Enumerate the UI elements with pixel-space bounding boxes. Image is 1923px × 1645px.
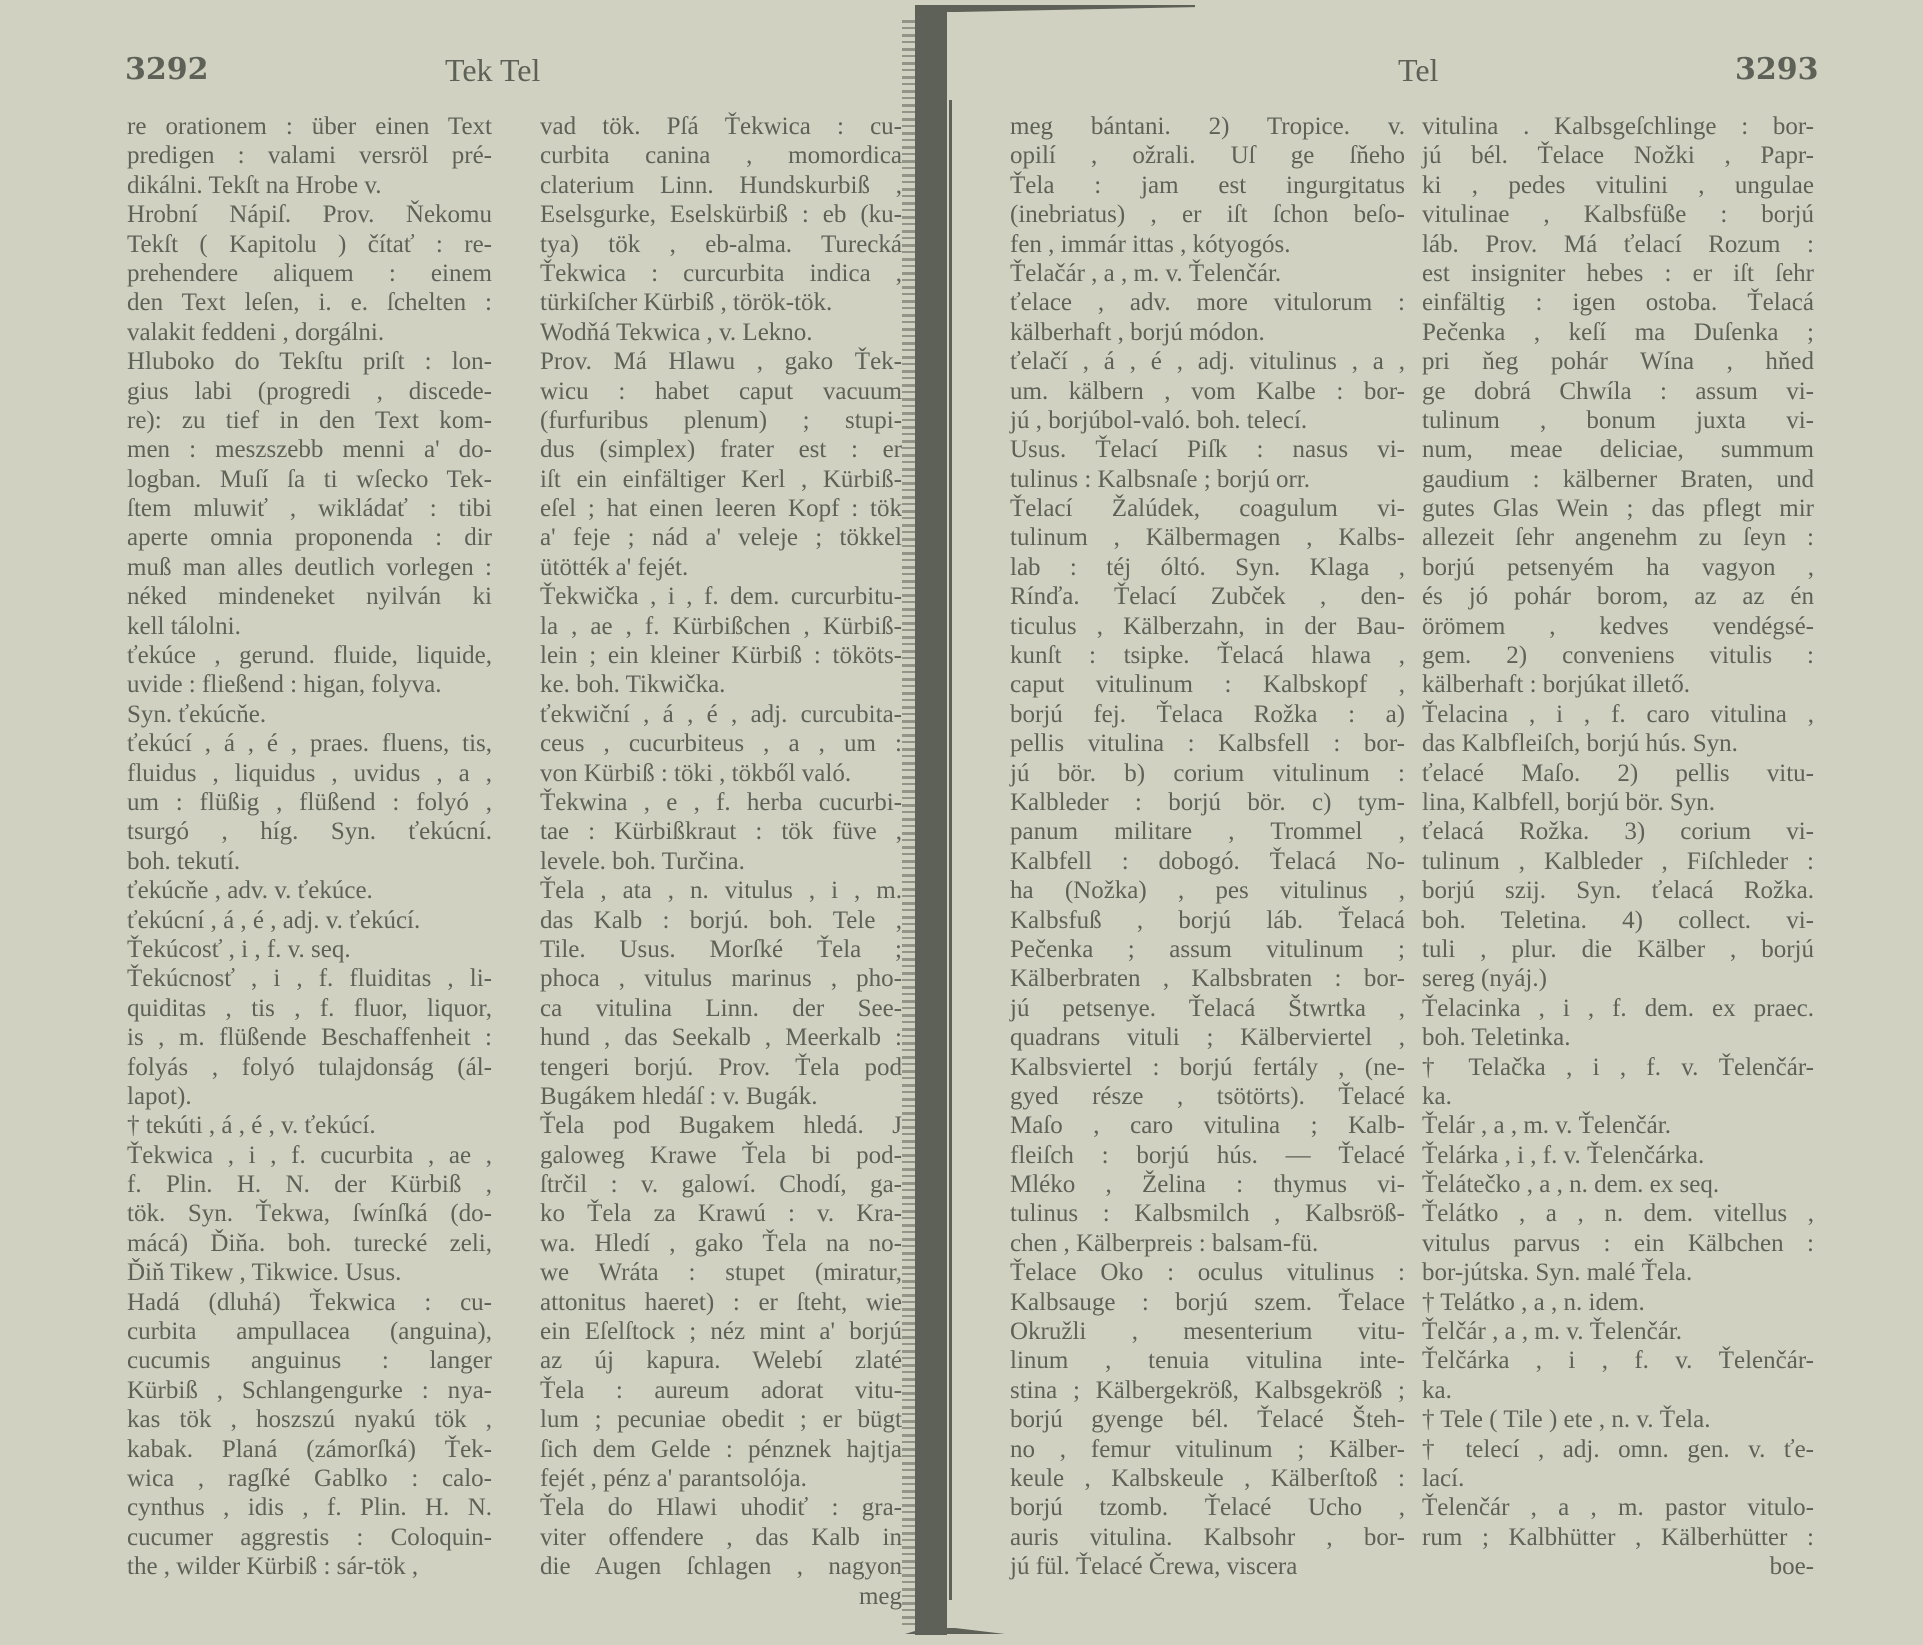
text-line: ko Ťela za Krawú : v. Kra- [540, 1199, 902, 1228]
text-line: Kürbiß , Schlangengurke : nya- [127, 1376, 492, 1405]
left-column-2: vad tök. Pſá Ťekwica : cu-curbita canina… [540, 112, 902, 1611]
text-line: tengeri borjú. Prov. Ťela pod [540, 1053, 902, 1082]
text-line: Maſo , caro vitulina ; Kalb- [1010, 1111, 1405, 1140]
text-line: gutes Glas Wein ; das pflegt mir [1422, 494, 1814, 523]
text-line: ťekwiční , á , é , adj. curcubita- [540, 700, 902, 729]
text-line: † Tele ( Tile ) ete , n. v. Ťela. [1422, 1405, 1814, 1434]
text-line: ťelace , adv. more vitulorum : [1010, 288, 1405, 317]
text-line: lein ; ein kleiner Kürbiß : tököts- [540, 641, 902, 670]
text-line: wica , ragſké Gablko : calo- [127, 1464, 492, 1493]
text-line: Ťelčár , a , m. v. Ťelenčár. [1422, 1317, 1814, 1346]
text-line: is , m. flüßende Beschaffenheit : [127, 1023, 492, 1052]
text-line: pri ňeg pohár Wína , hňed [1422, 347, 1814, 376]
text-line: a' feje ; nád a' veleje ; tökkel [540, 523, 902, 552]
text-line: néked mindeneket nyilván ki [127, 582, 492, 611]
text-line: iſt ein einfältiger Kerl , Kürbiß- [540, 465, 902, 494]
text-line: rum ; Kalbhütter , Kälberhütter : [1422, 1523, 1814, 1552]
text-line: türkiſcher Kürbiß , török-tök. [540, 288, 902, 317]
text-line: est insigniter hebes : er iſt ſehr [1422, 259, 1814, 288]
text-line: láb. Prov. Má ťelací Rozum : [1422, 230, 1814, 259]
text-line: boh. Teletinka. [1422, 1023, 1814, 1052]
text-line: no , femur vitulinum ; Kälber- [1010, 1435, 1405, 1464]
text-line: attonitus haeret) : er ſteht, wie [540, 1288, 902, 1317]
text-line: Rínďa. Ťelací Zubček , den- [1010, 582, 1405, 611]
text-line: ſich dem Gelde : pénznek hajtja [540, 1435, 902, 1464]
text-line: Kalbsfuß , borjú láb. Ťelacá [1010, 906, 1405, 935]
text-line: Bugákem hledáſ : v. Bugák. [540, 1082, 902, 1111]
text-line: kälberhaft : borjúkat illető. [1422, 670, 1814, 699]
text-line: ceus , cucurbiteus , a , um : [540, 729, 902, 758]
text-line: eſel ; hat einen leeren Kopf : tök [540, 494, 902, 523]
text-line: † telecí , adj. omn. gen. v. ťe- [1422, 1435, 1814, 1464]
text-line: Mléko , Želina : thymus vi- [1010, 1170, 1405, 1199]
text-line: tulinum , Kälbermagen , Kalbs- [1010, 523, 1405, 552]
text-line: phoca , vitulus marinus , pho- [540, 964, 902, 993]
text-line: opilí , ožrali. Uſ ge ſňeho [1010, 141, 1405, 170]
text-line: Pečenka , keſí ma Duſenka ; [1422, 318, 1814, 347]
text-line: Ďiň Tikew , Tikwice. Usus. [127, 1258, 492, 1287]
text-line: Ťelátko , a , n. dem. vitellus , [1422, 1199, 1814, 1228]
text-line: Hadá (dluhá) Ťekwica : cu- [127, 1288, 492, 1317]
text-line: mácá) Ďiňa. boh. turecké zeli, [127, 1229, 492, 1258]
text-line: ťekúcní , á , é , adj. v. ťekúcí. [127, 906, 492, 935]
text-line: tulinum , Kalbleder , Fiſchleder : [1422, 847, 1814, 876]
text-line: boh. Teletina. 4) collect. vi- [1422, 906, 1814, 935]
left-column-1: re orationem : über einen Textpredigen :… [127, 112, 492, 1582]
text-line: (inebriatus) , er iſt ſchon beſo- [1010, 200, 1405, 229]
text-line: ticulus , Kälberzahn, in der Bau- [1010, 612, 1405, 641]
text-line: tök. Syn. Ťekwa, ſwínſká (do- [127, 1199, 492, 1228]
text-line: curbita canina , momordica [540, 141, 902, 170]
text-line: allezeit ſehr angenehm zu ſeyn : [1422, 523, 1814, 552]
text-line: dikálni. Tekſt na Hrobe v. [127, 171, 492, 200]
text-line: Ťelacinka , i , f. dem. ex praec. [1422, 994, 1814, 1023]
text-line: gaudium : kälberner Braten, und [1422, 465, 1814, 494]
text-line: jú , borjúbol-való. boh. telecí. [1010, 406, 1405, 435]
text-line: Kalbleder : borjú bör. c) tym- [1010, 788, 1405, 817]
text-line: † tekúti , á , é , v. ťekúcí. [127, 1111, 492, 1140]
text-line: fen , immár ittas , kótyogós. [1010, 230, 1405, 259]
text-line: la , ae , f. Kürbißchen , Kürbiß- [540, 612, 902, 641]
text-line: re orationem : über einen Text [127, 112, 492, 141]
text-line: Ťelací Žalúdek, coagulum vi- [1010, 494, 1405, 523]
text-line: borjú tzomb. Ťelacé Ucho , [1010, 1493, 1405, 1522]
text-line: és jó pohár borom, az az én [1422, 582, 1814, 611]
text-line: ütötték a' fejét. [540, 553, 902, 582]
text-line: Kalbsviertel : borjú fertály , (ne- [1010, 1053, 1405, 1082]
text-line: kabak. Planá (zámorſká) Ťek- [127, 1435, 492, 1464]
text-line: örömem , kedves vendégsé- [1422, 612, 1814, 641]
text-line: ſtem mluwiť , wikládať : tibi [127, 494, 492, 523]
text-line: kell tálolni. [127, 612, 492, 641]
text-line: Ťela : aureum adorat vitu- [540, 1376, 902, 1405]
text-line: das Kalbfleiſch, borjú hús. Syn. [1422, 729, 1814, 758]
gutter-line [949, 100, 952, 1600]
text-line: f. Plin. H. N. der Kürbiß , [127, 1170, 492, 1199]
text-line: vitulus parvus : ein Kälbchen : [1422, 1229, 1814, 1258]
text-line: boh. tekutí. [127, 847, 492, 876]
text-line: borjú petsenyém ha vagyon , [1422, 553, 1814, 582]
text-line: stina ; Kälbergekröß, Kalbsgekröß ; [1010, 1376, 1405, 1405]
text-line: cucumis anguinus : langer [127, 1346, 492, 1375]
text-line: vitulinae , Kalbsfüße : borjú [1422, 200, 1814, 229]
text-line: gius labi (progredi , discede- [127, 377, 492, 406]
text-line: ka. [1422, 1082, 1814, 1111]
right-column-2: vitulina . Kalbsgeſchlinge : bor-jú bél.… [1422, 112, 1814, 1582]
text-line: einfältig : igen ostoba. Ťelacá [1422, 288, 1814, 317]
text-line: muß man alles deutlich vorlegen : [127, 553, 492, 582]
text-line: ki , pedes vitulini , ungulae [1422, 171, 1814, 200]
text-line: vad tök. Pſá Ťekwica : cu- [540, 112, 902, 141]
text-line: tya) tök , eb-alma. Turecká [540, 230, 902, 259]
text-line: Ťekúcosť , i , f. v. seq. [127, 935, 492, 964]
text-line: fleiſch : borjú hús. — Ťelacé [1010, 1141, 1405, 1170]
text-line: ťelacé Maſo. 2) pellis vitu- [1422, 759, 1814, 788]
text-line: Ťekúcnosť , i , f. fluiditas , li- [127, 964, 492, 993]
text-line: predigen : valami versröl pré- [127, 141, 492, 170]
text-line: Ťela , ata , n. vitulus , i , m. [540, 876, 902, 905]
text-line: ťekúcňe , adv. v. ťekúce. [127, 876, 492, 905]
text-line: tulinus : Kalbsnaſe ; borjú orr. [1010, 465, 1405, 494]
left-page-number: 3292 [125, 52, 209, 87]
text-line: prehendere aliquem : einem [127, 259, 492, 288]
text-line: caput vitulinum : Kalbskopf , [1010, 670, 1405, 699]
text-line: lina, Kalbfell, borjú bör. Syn. [1422, 788, 1814, 817]
text-line: Ťela pod Bugakem hledá. J [540, 1111, 902, 1140]
text-line: tae : Kürbißkraut : tök füve , [540, 817, 902, 846]
text-line: ťekúce , gerund. fluide, liquide, [127, 641, 492, 670]
text-line: claterium Linn. Hundskurbiß , [540, 171, 902, 200]
text-line: logban. Muſí ſa ti wſecko Tek- [127, 465, 492, 494]
text-line: lum ; pecuniae obedit ; er bügt [540, 1405, 902, 1434]
text-line: Hrobní Nápiſ. Prov. Ňekomu [127, 200, 492, 229]
text-line: wicu : habet caput vacuum [540, 377, 902, 406]
text-line: gyed része , tsötörts). Ťelacé [1010, 1082, 1405, 1111]
text-line: Ťelár , a , m. v. Ťelenčár. [1422, 1111, 1814, 1140]
text-line: ge dobrá Chwíla : assum vi- [1422, 377, 1814, 406]
text-line: Prov. Má Hlawu , gako Ťek- [540, 347, 902, 376]
text-line: Ťelacina , i , f. caro vitulina , [1422, 700, 1814, 729]
text-line: Ťelátečko , a , n. dem. ex seq. [1422, 1170, 1814, 1199]
text-line: auris vitulina. Kalbsohr , bor- [1010, 1523, 1405, 1552]
text-line: ka. [1422, 1376, 1814, 1405]
text-line: um. kälbern , vom Kalbe : bor- [1010, 377, 1405, 406]
text-line: dus (simplex) frater est : er [540, 435, 902, 464]
text-line: kas tök , hoszszú nyakú tök , [127, 1405, 492, 1434]
gutter-top-edge [915, 5, 1195, 12]
text-line: † Telačka , i , f. v. Ťelenčár- [1422, 1053, 1814, 1082]
text-line: fejét , pénz a' parantsolója. [540, 1464, 902, 1493]
text-line: Ťelčárka , i , f. v. Ťelenčár- [1422, 1346, 1814, 1375]
text-line: we Wráta : stupet (miratur, [540, 1258, 902, 1287]
text-line: Kalbsauge : borjú szem. Ťelace [1010, 1288, 1405, 1317]
text-line: Ťela do Hlawi uhodiť : gra- [540, 1493, 902, 1522]
text-line: num, meae deliciae, summum [1422, 435, 1814, 464]
text-line: Ťekwica , i , f. cucurbita , ae , [127, 1141, 492, 1170]
text-line: Ťelace Oko : oculus vitulinus : [1010, 1258, 1405, 1287]
text-line: Syn. ťekúcňe. [127, 700, 492, 729]
text-line: quiditas , tis , f. fluor, liquor, [127, 994, 492, 1023]
text-line: ſtrčil : v. galowí. Chodí, ga- [540, 1170, 902, 1199]
left-running-head: Tek Tel [445, 52, 540, 89]
text-line: levele. boh. Turčina. [540, 847, 902, 876]
text-line: men : meszszebb menni a' do- [127, 435, 492, 464]
text-line: Pečenka ; assum vitulinum ; [1010, 935, 1405, 964]
right-page-number: 3293 [1735, 52, 1819, 87]
text-line: Hluboko do Tekſtu priſt : lon- [127, 347, 492, 376]
text-line: Tekſt ( Kapitolu ) čítať : re- [127, 230, 492, 259]
text-line: Kälberbraten , Kalbsbraten : bor- [1010, 964, 1405, 993]
text-line: cynthus , idis , f. Plin. H. N. [127, 1493, 492, 1522]
text-line: Ťekwička , i , f. dem. curcurbitu- [540, 582, 902, 611]
text-line: † Telátko , a , n. idem. [1422, 1288, 1814, 1317]
gutter-shadow-edge [902, 20, 916, 1630]
text-line: Ťekwica : curcurbita indica , [540, 259, 902, 288]
right-running-head: Tel [1398, 52, 1438, 89]
text-line: Usus. Ťelací Piſk : nasus vi- [1010, 435, 1405, 464]
text-line: die Augen ſchlagen , nagyon [540, 1552, 902, 1581]
text-line: aperte omnia proponenda : dir [127, 523, 492, 552]
text-line: ein Eſelſtock ; néz mint a' borjú [540, 1317, 902, 1346]
text-line: valakit feddeni , dorgálni. [127, 318, 492, 347]
text-line: curbita ampullacea (anguina), [127, 1317, 492, 1346]
text-line: ťelacá Rožka. 3) corium vi- [1422, 817, 1814, 846]
text-line: kunſt : tsipke. Ťelacá hlawa , [1010, 641, 1405, 670]
text-line: Ťekwina , e , f. herba cucurbi- [540, 788, 902, 817]
text-line: borjú szij. Syn. ťelacá Rožka. [1422, 876, 1814, 905]
text-line: tulinus : Kalbsmilch , Kalbsröß- [1010, 1199, 1405, 1228]
text-line: Ťelačár , a , m. v. Ťelenčár. [1010, 259, 1405, 288]
text-line: panum militare , Trommel , [1010, 817, 1405, 846]
text-line: linum , tenuia vitulina inte- [1010, 1346, 1405, 1375]
text-line: boe- [1422, 1552, 1814, 1581]
text-line: ťekúcí , á , é , praes. fluens, tis, [127, 729, 492, 758]
text-line: jú fül. Ťelacé Črewa, viscera [1010, 1552, 1405, 1581]
text-line: sereg (nyáj.) [1422, 964, 1814, 993]
text-line: Eselsgurke, Eselskürbiß : eb (ku- [540, 200, 902, 229]
right-column-1: meg bántani. 2) Tropice. v.opilí , ožral… [1010, 112, 1405, 1582]
text-line: chen , Kälberpreis : balsam-fü. [1010, 1229, 1405, 1258]
text-line: galoweg Krawe Ťela bi pod- [540, 1141, 902, 1170]
text-line: ca vitulina Linn. der See- [540, 994, 902, 1023]
text-line: ťelačí , á , é , adj. vitulinus , a , [1010, 347, 1405, 376]
text-line: Ťela : jam est ingurgitatus [1010, 171, 1405, 200]
text-line: fluidus , liquidus , uvidus , a , [127, 759, 492, 788]
text-line: Ťelárka , i , f. v. Ťelenčárka. [1422, 1141, 1814, 1170]
text-line: den Text leſen, i. e. ſchelten : [127, 288, 492, 317]
text-line: (furfuribus plenum) ; stupi- [540, 406, 902, 435]
text-line: wa. Hledí , gako Ťela na no- [540, 1229, 902, 1258]
text-line: das Kalb : borjú. boh. Tele , [540, 906, 902, 935]
text-line: ke. boh. Tikwička. [540, 670, 902, 699]
text-line: Tile. Usus. Morſké Ťela ; [540, 935, 902, 964]
text-line: hund , das Seekalb , Meerkalb : [540, 1023, 902, 1052]
text-line: borjú fej. Ťelaca Rožka : a) [1010, 700, 1405, 729]
text-line: vitulina . Kalbsgeſchlinge : bor- [1422, 112, 1814, 141]
text-line: folyás , folyó tulajdonság (ál- [127, 1053, 492, 1082]
text-line: meg bántani. 2) Tropice. v. [1010, 112, 1405, 141]
gutter-shadow [915, 5, 947, 1635]
text-line: cucumer aggrestis : Coloquin- [127, 1523, 492, 1552]
text-line: az új kapura. Welebí zlaté [540, 1346, 902, 1375]
text-line: bor-jútska. Syn. malé Ťela. [1422, 1258, 1814, 1287]
text-line: quadrans vituli ; Kälberviertel , [1010, 1023, 1405, 1052]
text-line: viter offendere , das Kalb in [540, 1523, 902, 1552]
text-line: pellis vitulina : Kalbsfell : bor- [1010, 729, 1405, 758]
text-line: keule , Kalbskeule , Kälberſtoß : [1010, 1464, 1405, 1493]
text-line: borjú gyenge bél. Ťelacé Šteh- [1010, 1405, 1405, 1434]
text-line: Ťelenčár , a , m. pastor vitulo- [1422, 1493, 1814, 1522]
text-line: jú bör. b) corium vitulinum : [1010, 759, 1405, 788]
text-line: um : flüßig , flüßend : folyó , [127, 788, 492, 817]
text-line: meg [540, 1582, 902, 1611]
text-line: lací. [1422, 1464, 1814, 1493]
text-line: Wodňá Tekwica , v. Lekno. [540, 318, 902, 347]
text-line: lab : téj óltó. Syn. Klaga , [1010, 553, 1405, 582]
text-line: lapot). [127, 1082, 492, 1111]
text-line: gem. 2) conveniens vitulis : [1422, 641, 1814, 670]
text-line: jú petsenye. Ťelacá Štwrtka , [1010, 994, 1405, 1023]
text-line: jú bél. Ťelace Nožki , Papr- [1422, 141, 1814, 170]
text-line: tuli , plur. die Kälber , borjú [1422, 935, 1814, 964]
text-line: tulinum , bonum juxta vi- [1422, 406, 1814, 435]
text-line: ha (Nožka) , pes vitulinus , [1010, 876, 1405, 905]
text-line: Kalbfell : dobogó. Ťelacá No- [1010, 847, 1405, 876]
text-line: uvide : fließend : higan, folyva. [127, 670, 492, 699]
text-line: Okružli , mesenterium vitu- [1010, 1317, 1405, 1346]
text-line: the , wilder Kürbiß : sár-tök , [127, 1552, 492, 1581]
text-line: kälberhaft , borjú módon. [1010, 318, 1405, 347]
text-line: von Kürbiß : töki , tökből való. [540, 759, 902, 788]
text-line: tsurgó , híg. Syn. ťekúcní. [127, 817, 492, 846]
text-line: re): zu tief in den Text kom- [127, 406, 492, 435]
